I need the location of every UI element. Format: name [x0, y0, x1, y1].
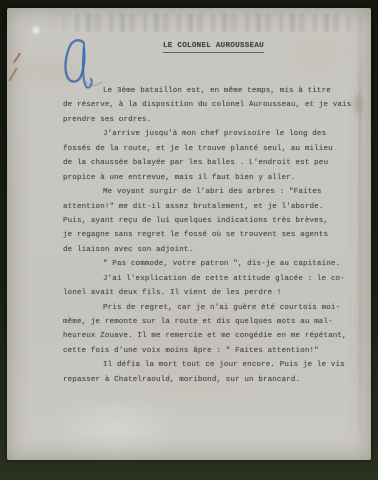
text-line: lonel avait deux fils. Il vient de les p…	[63, 286, 365, 300]
typewritten-lines: Le 3ème bataillon est, en même temps, mi…	[63, 84, 365, 387]
red-scratch-mark	[8, 68, 17, 82]
text-line: " Pas commode, votre patron ", dis-je au…	[63, 257, 365, 271]
page-title: LE COLONEL AUROUSSEAU	[163, 42, 264, 53]
text-line: cette fois d'une voix moins âpre : " Fai…	[63, 344, 365, 358]
scanned-page-background: { "document": { "title": "LE COLONEL AUR…	[0, 0, 378, 480]
text-line: de liaison avec son adjoint.	[63, 243, 365, 257]
text-line: prendre ses ordres.	[63, 113, 365, 127]
text-line: Puis, ayant reçu de lui quelques indicat…	[63, 214, 365, 228]
red-scratch-mark	[13, 52, 21, 63]
text-line: Il défia la mort tout ce jour encore. Pu…	[63, 358, 365, 372]
ink-bleedthrough	[52, 13, 370, 32]
text-line: Me voyant surgir de l'abri des arbres : …	[63, 185, 365, 199]
text-line: de réserve, à la disposition du colonel …	[63, 98, 365, 112]
text-line: Le 3ème bataillon est, en même temps, mi…	[63, 84, 365, 98]
paper-crease	[359, 8, 361, 460]
text-line: J'arrive jusqu'à mon chef provisoire le …	[63, 127, 365, 141]
text-line: J'ai l'explication de cette attitude gla…	[63, 272, 365, 286]
text-line: attention!" me dit-il assez brutalement,…	[63, 200, 365, 214]
text-line: repasser à Chatelraould, moribond, sur u…	[63, 373, 365, 387]
text-line: heureux Zouave. Il me remercie et me con…	[63, 329, 365, 343]
text-line: même, je remonte sur la route et dis que…	[63, 315, 365, 329]
text-line: propice à une entrevue, mais il faut bie…	[63, 171, 365, 185]
text-line: je regagne sans regret le fossé où se tr…	[63, 228, 365, 242]
text-line: Pris de regret, car je n'ai guère été co…	[63, 301, 365, 315]
text-line: de la chaussée balayée par les balles . …	[63, 156, 365, 170]
document-page: LE COLONEL AUROUSSEAU Le 3ème bataillon …	[7, 8, 371, 460]
text-line: fossés de la route, et je le trouve plan…	[63, 142, 365, 156]
